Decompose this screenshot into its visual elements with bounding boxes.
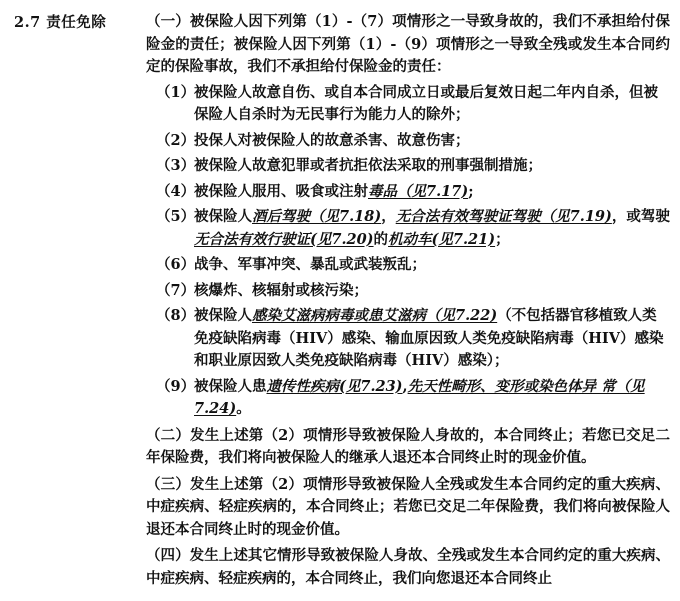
item-text-post: ;	[468, 183, 473, 200]
paragraph-1: （一）被保险人因下列第（1）-（7）项情形之一导致身故的，我们不承担给付保险金的…	[146, 11, 670, 79]
item-text: 被保险人酒后驾驶（见7.18)，无合法有效驾驶证驾驶（见7.19)，或驾驶无合法…	[194, 206, 670, 251]
item-text-pre: 被保险人患	[194, 378, 267, 395]
item-number: （9）	[146, 376, 194, 421]
definition-link-7-19[interactable]: 无合法有效驾驶证驾驶（见7.19)	[396, 208, 612, 225]
list-item-8: （8） 被保险人感染艾滋病病毒或患艾滋病（见7.22)（不包括器官移植致人类免疫…	[146, 305, 670, 373]
list-item-3: （3） 被保险人故意犯罪或者抗拒依法采取的刑事强制措施；	[146, 155, 670, 178]
section-heading: 2.7 责任免除	[14, 11, 106, 32]
item-text: 被保险人故意犯罪或者抗拒依法采取的刑事强制措施；	[194, 155, 670, 178]
item-text: 核爆炸、核辐射或核污染；	[194, 280, 670, 303]
item-text: 战争、军事冲突、暴乱或武装叛乱；	[194, 254, 670, 277]
item-text-pre: 被保险人	[194, 307, 252, 324]
definition-link-7-20[interactable]: 无合法有效行驶证(见7.20)	[194, 231, 374, 248]
definition-link-7-17[interactable]: 毒品（见7.17)	[368, 183, 468, 200]
list-item-6: （6） 战争、军事冲突、暴乱或武装叛乱；	[146, 254, 670, 277]
definition-link-7-21[interactable]: 机动车(见7.21)	[388, 231, 495, 248]
list-item-5: （5） 被保险人酒后驾驶（见7.18)，无合法有效驾驶证驾驶（见7.19)，或驾…	[146, 206, 670, 251]
item-text-pre: 被保险人	[194, 208, 252, 225]
list-item-7: （7） 核爆炸、核辐射或核污染；	[146, 280, 670, 303]
item-number: （3）	[146, 155, 194, 178]
paragraph-2: （二）发生上述第（2）项情形导致被保险人身故的，本合同终止；若您已交足二年保险费…	[146, 425, 670, 470]
item-number: （8）	[146, 305, 194, 373]
item-text: 被保险人故意自伤、或自本合同成立日或最后复效日起二年内自杀，但被保险人自杀时为无…	[194, 82, 670, 127]
item-number: （2）	[146, 130, 194, 153]
item-text-post: ；	[495, 231, 510, 248]
item-text-mid: ，	[381, 208, 396, 225]
list-item-2: （2） 投保人对被保险人的故意杀害、故意伤害；	[146, 130, 670, 153]
item-text: 被保险人患遗传性疾病(见7.23),先天性畸形、变形或染色体异 常（见7.24)…	[194, 376, 670, 421]
item-text: 投保人对被保险人的故意杀害、故意伤害；	[194, 130, 670, 153]
list-item-4: （4） 被保险人服用、吸食或注射毒品（见7.17);	[146, 181, 670, 204]
item-text: 被保险人服用、吸食或注射毒品（见7.17);	[194, 181, 670, 204]
definition-link-7-18[interactable]: 酒后驾驶（见7.18)	[252, 208, 381, 225]
section-content: （一）被保险人因下列第（1）-（7）项情形之一导致身故的，我们不承担给付保险金的…	[146, 11, 670, 590]
item-number: （4）	[146, 181, 194, 204]
section-title: 责任免除	[46, 14, 106, 31]
definition-link-7-22[interactable]: 感染艾滋病病毒或患艾滋病（见7.22)	[252, 307, 497, 324]
item-text-pre: 被保险人服用、吸食或注射	[194, 183, 368, 200]
paragraph-3: （三）发生上述第（2）项情形导致被保险人全残或发生本合同约定的重大疾病、中症疾病…	[146, 474, 670, 542]
item-number: （1）	[146, 82, 194, 127]
item-number: （6）	[146, 254, 194, 277]
paragraph-4: （四）发生上述其它情形导致被保险人身故、全残或发生本合同约定的重大疾病、中症疾病…	[146, 545, 670, 590]
list-item-1: （1） 被保险人故意自伤、或自本合同成立日或最后复效日起二年内自杀，但被保险人自…	[146, 82, 670, 127]
item-number: （5）	[146, 206, 194, 251]
item-text-post: 。	[236, 400, 251, 417]
item-text-mid: 的	[374, 231, 389, 248]
section-number: 2.7	[14, 14, 41, 31]
item-text-mid: ，或驾驶	[612, 208, 670, 225]
definition-link-7-23[interactable]: 遗传性疾病(见7.23)	[267, 378, 403, 395]
list-item-9: （9） 被保险人患遗传性疾病(见7.23),先天性畸形、变形或染色体异 常（见7…	[146, 376, 670, 421]
item-number: （7）	[146, 280, 194, 303]
item-text: 被保险人感染艾滋病病毒或患艾滋病（见7.22)（不包括器官移植致人类免疫缺陷病毒…	[194, 305, 670, 373]
